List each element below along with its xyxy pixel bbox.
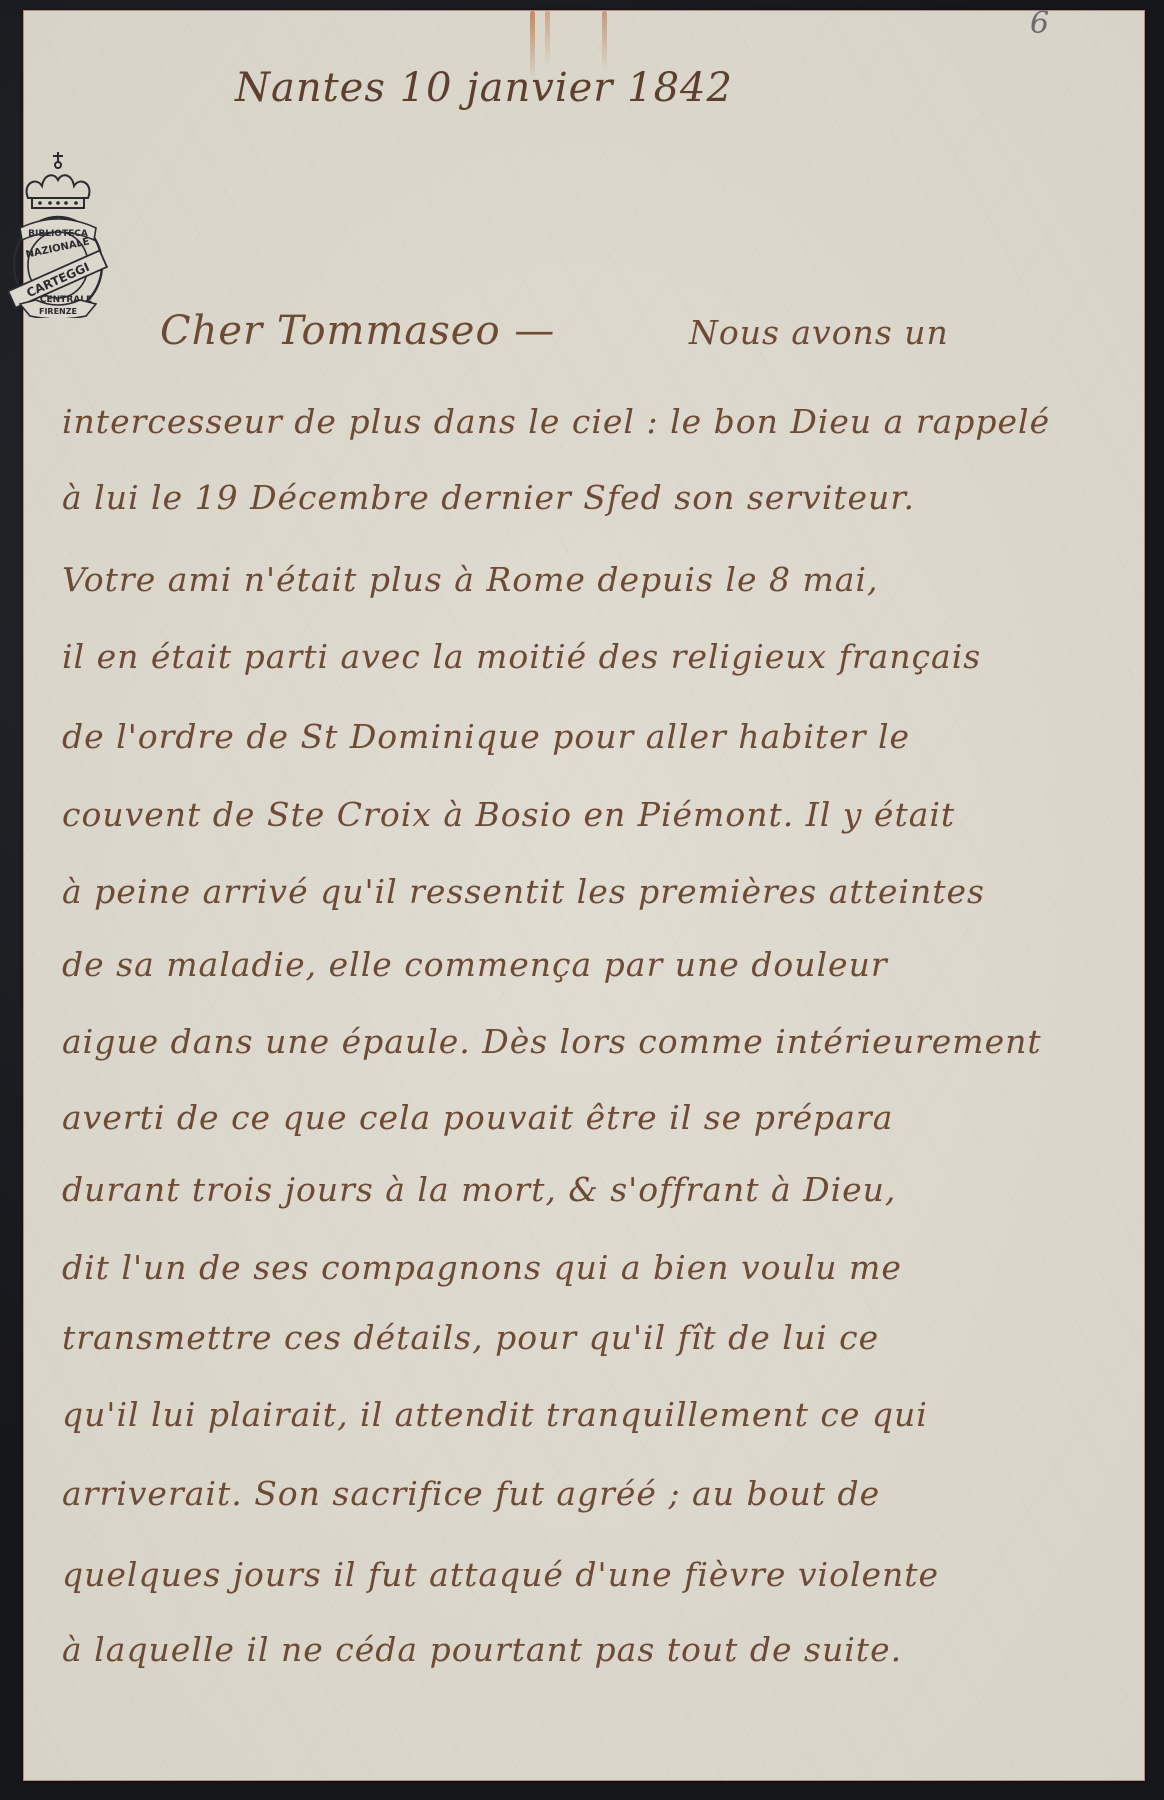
letter-line: arriverait. Son sacrifice fut agréé ; au…	[62, 1474, 880, 1513]
letter-line: Votre ami n'était plus à Rome depuis le …	[62, 560, 878, 599]
letter-line: à peine arrivé qu'il ressentit les premi…	[62, 872, 985, 911]
letter-line: couvent de Ste Croix à Bosio en Piémont.…	[62, 795, 955, 834]
letter-line: transmettre ces détails, pour qu'il fît …	[62, 1318, 879, 1357]
letter-line: dit l'un de ses compagnons qui a bien vo…	[62, 1248, 902, 1287]
salutation: Cher Tommaseo — Nous avons un	[160, 308, 949, 354]
svg-text:FIRENZE: FIRENZE	[39, 307, 77, 316]
letter-line: intercesseur de plus dans le ciel : le b…	[62, 402, 1050, 441]
folio-number: 6	[1030, 6, 1049, 41]
salutation-greeting: Cher Tommaseo —	[160, 308, 555, 354]
letter-line: aigue dans une épaule. Dès lors comme in…	[62, 1022, 1042, 1061]
letter-line: à lui le 19 Décembre dernier Sfed son se…	[62, 478, 915, 517]
letter-line: de l'ordre de St Dominique pour aller ha…	[62, 717, 910, 756]
letter-line: il en était parti avec la moitié des rel…	[62, 637, 981, 676]
library-stamp: BIBLIOTECA NAZIONALE CARTEGGI CENTRALE F…	[6, 150, 110, 318]
letter-line: averti de ce que cela pouvait être il se…	[62, 1098, 893, 1137]
letter-line: à laquelle il ne céda pourtant pas tout …	[62, 1630, 902, 1669]
salutation-continuation: Nous avons un	[689, 313, 949, 352]
crown-icon: BIBLIOTECA NAZIONALE CARTEGGI CENTRALE F…	[6, 150, 110, 318]
dateline: Nantes 10 janvier 1842	[235, 65, 733, 111]
letter-line: quelques jours il fut attaqué d'une fièv…	[62, 1555, 939, 1594]
letter-line: qu'il lui plairait, il attendit tranquil…	[62, 1395, 928, 1434]
letter-line: durant trois jours à la mort, & s'offran…	[62, 1170, 896, 1209]
rust-stain	[602, 11, 607, 71]
svg-text:NAZIONALE: NAZIONALE	[25, 236, 91, 260]
rust-stain	[545, 11, 550, 66]
letter-line: de sa maladie, elle commença par une dou…	[62, 945, 888, 984]
